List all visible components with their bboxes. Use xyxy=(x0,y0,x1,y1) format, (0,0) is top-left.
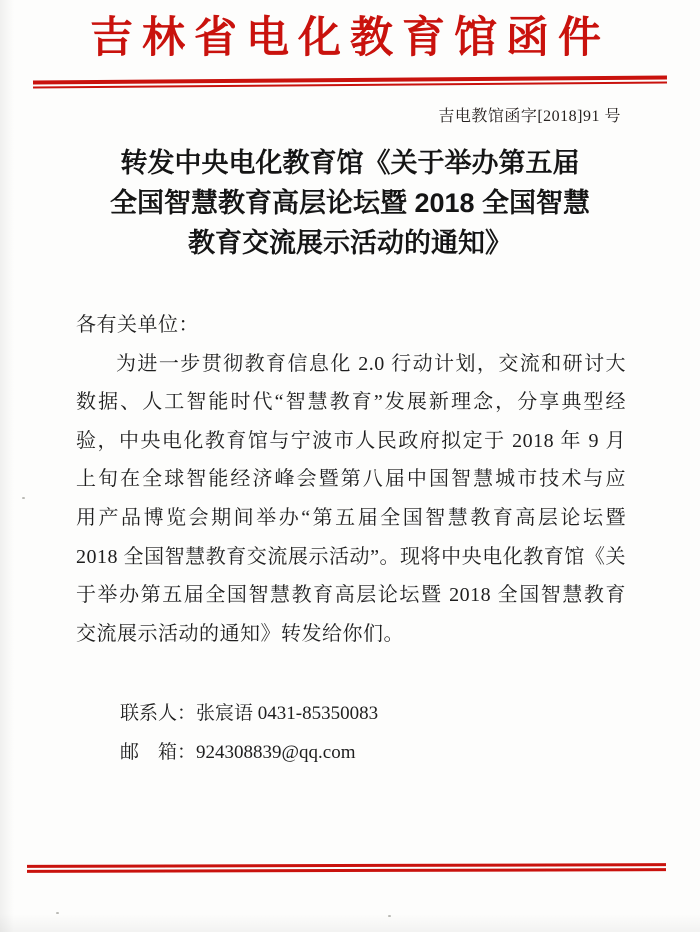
contact-person-value: 张宸语 0431-85350083 xyxy=(196,703,378,724)
contact-email-label: 邮 箱： xyxy=(120,742,196,763)
body-line: 用产品博览会期间举办“第五届全国智慧教育高层论坛暨 xyxy=(76,499,626,538)
letterhead-title: 吉林省电化教育馆函件 xyxy=(0,13,700,65)
document-title-line-1: 转发中央电化教育馆《关于举办第五届 xyxy=(40,143,660,183)
contact-block: 联系人：张宸语 0431-85350083 邮 箱：924308839@qq.c… xyxy=(120,694,378,772)
document-title: 转发中央电化教育馆《关于举办第五届 全国智慧教育高层论坛暨 2018 全国智慧 … xyxy=(40,143,660,263)
scan-speck xyxy=(388,915,391,917)
body-line: 验，中央电化教育馆与宁波市人民政府拟定于 2018 年 9 月 xyxy=(76,422,626,461)
scan-speck xyxy=(22,497,25,499)
salutation: 各有关单位： xyxy=(76,306,626,345)
header-divider xyxy=(33,76,667,89)
contact-email-value: 924308839@qq.com xyxy=(196,742,355,763)
footer-divider xyxy=(27,863,666,872)
document-title-line-3: 教育交流展示活动的通知》 xyxy=(40,223,660,263)
body-line: 上旬在全球智能经济峰会暨第八届中国智慧城市技术与应 xyxy=(76,460,626,499)
body-line: 2018 全国智慧教育交流展示活动”。现将中央电化教育馆《关 xyxy=(76,538,626,577)
doc-number: 吉电教馆函字[2018]91 号 xyxy=(438,103,621,126)
body-line: 为进一步贯彻教育信息化 2.0 行动计划，交流和研讨大 xyxy=(76,345,626,384)
scan-speck xyxy=(56,912,59,914)
contact-person-label: 联系人： xyxy=(120,703,196,724)
document-title-line-2: 全国智慧教育高层论坛暨 2018 全国智慧 xyxy=(40,183,660,223)
footer-divider-thick-line xyxy=(27,868,666,873)
scanned-letter-page: 吉林省电化教育馆函件 吉电教馆函字[2018]91 号 转发中央电化教育馆《关于… xyxy=(0,0,700,932)
contact-person-row: 联系人：张宸语 0431-85350083 xyxy=(120,694,378,733)
body-line: 交流展示活动的通知》转发给你们。 xyxy=(76,615,626,654)
body-line: 于举办第五届全国智慧教育高层论坛暨 2018 全国智慧教育 xyxy=(76,576,626,615)
contact-email-row: 邮 箱：924308839@qq.com xyxy=(120,733,378,772)
body-line: 数据、人工智能时代“智慧教育”发展新理念，分享典型经 xyxy=(76,383,626,422)
letter-body: 各有关单位： 为进一步贯彻教育信息化 2.0 行动计划，交流和研讨大 数据、人工… xyxy=(76,306,626,653)
